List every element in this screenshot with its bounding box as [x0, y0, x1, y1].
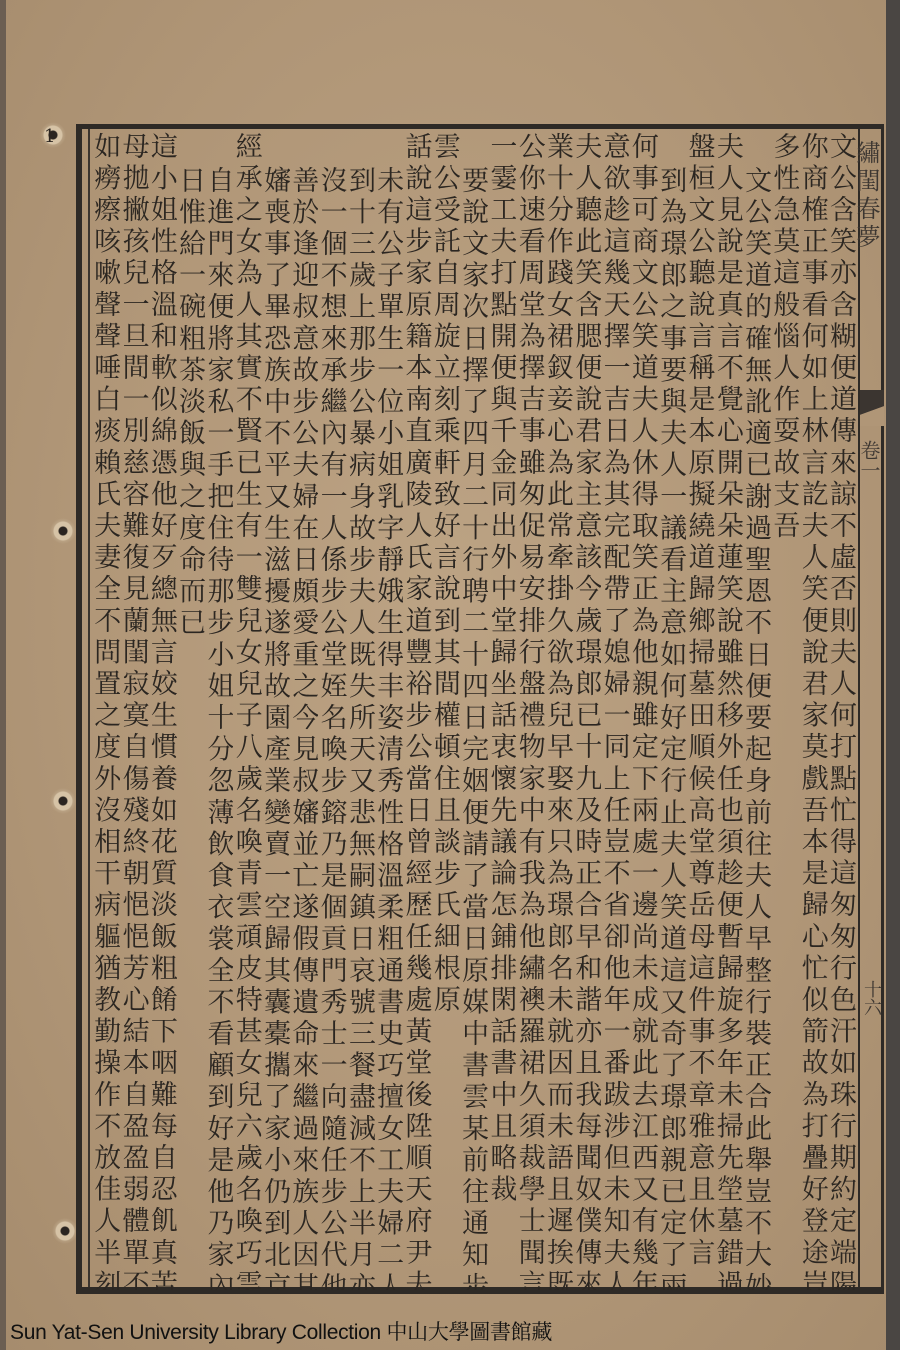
text-column: 多性急莫這般惱人作耍故支吾 [771, 132, 799, 1290]
page-number: 十六 [862, 980, 884, 1016]
binding-hole [50, 518, 76, 544]
book-title: 繡閨春夢 [860, 140, 884, 252]
text-column: 業十分作踐女裙釵妾心為此常牽掛久欲為兒早娶來只為璟郎名未就因而未語且遲挨既令新相… [545, 132, 573, 1290]
text-column: 文公含笑亦含糊便道傳來諒不虛否則夫人何打點忙得這匆匆行色汗如珠行期約定端陽後尚有… [828, 132, 856, 1290]
text-column: 何事可商文公笑道夫人休得取笑正為他親雖定下兩處一邊尚未成就此去江西又有幾年耽擱我… [630, 132, 658, 1290]
binding-hole [52, 1218, 78, 1244]
text-column: 如癆瘵咳嗽聲聲唾白痰賴氏夫妻全不問置之度外沒相干病軀猶教勤操作不放佳人半刻閑自己… [92, 132, 120, 1290]
library-collection-caption: Sun Yat-Sen University Library Collectio… [10, 1316, 552, 1346]
text-column: 雲公受託自周旋立刻乘軒致好言說到其間權頓住且談步氏細根原 [432, 132, 460, 1290]
text-column: 日惟給一碗粗茶淡飯與之度命而已 [177, 132, 205, 1290]
text-column: 公你速看周堂為擇吉事雖匆促易安排行盤禮物家中有我為他繡襖羅裙久須裁學士聞言心甚悅… [516, 132, 544, 1290]
text-column: 到十三歲上那步公暴病身故步夫人既失所天又悲無嗣鎮日哀號三餐盡減不上半月亦患心痛而… [347, 132, 375, 1290]
text-column: 沒一個不想來承繼內有一人係步公堂姪名喚步鎔乃是個貢門秀士一向隨任步公代他照管些家… [318, 132, 346, 1290]
text-column: 意欲趁這幾天擇一吉日為其完配帶了媳婦一同上任豈不省卻他年一番跋涉但未知夫人之意若… [601, 132, 629, 1290]
binding-edge [886, 0, 900, 1350]
frame-inner-rule [88, 129, 90, 1287]
text-column: 一霎工夫打點開便與千金同出外中堂歸坐話衷懷先議論怎鋪排閑話書中且略裁 [488, 132, 516, 1290]
text-column: 這小姐性格溫和軟似綿憑他好歹總無言姣生慣養如花質淡飯粗餚下咽難每自忍飢真苦惱早不… [149, 132, 177, 1290]
margin-mark: 1 [44, 126, 55, 147]
scanned-book-page: 1 繡閨春夢 卷一 十六 文公含笑亦含糊便道傳來諒不虛否則夫人何打點忙得這匆匆行… [0, 0, 900, 1350]
text-column: 善於逢迎叔意故步公夫婦在日頗愛重之今見叔嬸並亡遂假傳遺命來繼過來族人因其久在叔處… [290, 132, 318, 1290]
volume-label: 卷一 [862, 440, 884, 480]
text-column: 盤桓文公聽說言稱是本原擬繞道歸鄉掃墓田順候高堂尊岳母這件事不章雅意且休言 [686, 132, 714, 1290]
page-left-edge [0, 0, 6, 1350]
text-column: 夫人聽此笑含腮便說君家主意該今歲璟郎已十九及時正合早和諧亦且我每聞奴僕傳來語步小… [573, 132, 601, 1290]
banxin-column [858, 124, 884, 1294]
fish-tail-mark-icon [860, 390, 884, 426]
text-column: 文公笑道的確無訛適已謝過聖恩不日便要起身前往夫人早整行裝正合此舉豈不大妙無端哄你… [743, 132, 771, 1290]
text-column: 你商榷正事看何如上林言訖夫人笑便說君家莫戲吾本是歸心忙似箭故為打疊好登途豈因此信… [799, 132, 827, 1290]
text-column: 嬸喪事了畢恐族中不平又生滋擾遂將故園產業變賣一空歸其囊橐攜了家小仍到北京開了一個… [262, 132, 290, 1290]
text-column: 到為璟郎之事要與夫人一議看主意如何好定行止夫人笑道這又奇了璟郎親已定了兩頭難道又… [658, 132, 686, 1290]
text-column: 未有公子單生一位小姐乳字靜娥生得丰姿清秀性格溫柔粗通書史巧擅女工夫婦二人視如珍寶… [375, 132, 403, 1290]
text-column: 話說這步家原籍本南直廣陵人氏家道豐裕步公當日曾經歷任幾處黃堂後陞順天府尹夫人紀氏… [403, 132, 431, 1290]
body-text: 文公含笑亦含糊便道傳來諒不虛否則夫人何打點忙得這匆匆行色汗如珠行期約定端陽後尚有… [92, 132, 856, 1290]
text-column: 夫人見說是真言不覺心開朵朵蓮笑說雖然移外任也須趁便暫歸旋多年未掃先塋墓錯過今番又… [715, 132, 743, 1290]
text-column: 自進門來便將家私一手把住待那步小姐十分忽薄飲食衣裳全不看顧到好是他乃家內一個多餘… [205, 132, 233, 1290]
binding-hole [50, 788, 76, 814]
text-column: 要說文家次日擇了四月二十行聘二十四日完姻便請了當日原媒中書雲某前往通知步府 [460, 132, 488, 1290]
text-column: 經承之女為人其實不賢已生有一雙兒女兒子八歲名喚青雲頑皮特甚女兒六歲名喚巧雲到生得… [233, 132, 261, 1290]
text-column: 母拋撇孩兒一旦間一別慈容難復見蘭閨寂寞自傷殘終朝悒悒芳心結本自盈盈弱體單不覺煎熬… [120, 132, 148, 1290]
